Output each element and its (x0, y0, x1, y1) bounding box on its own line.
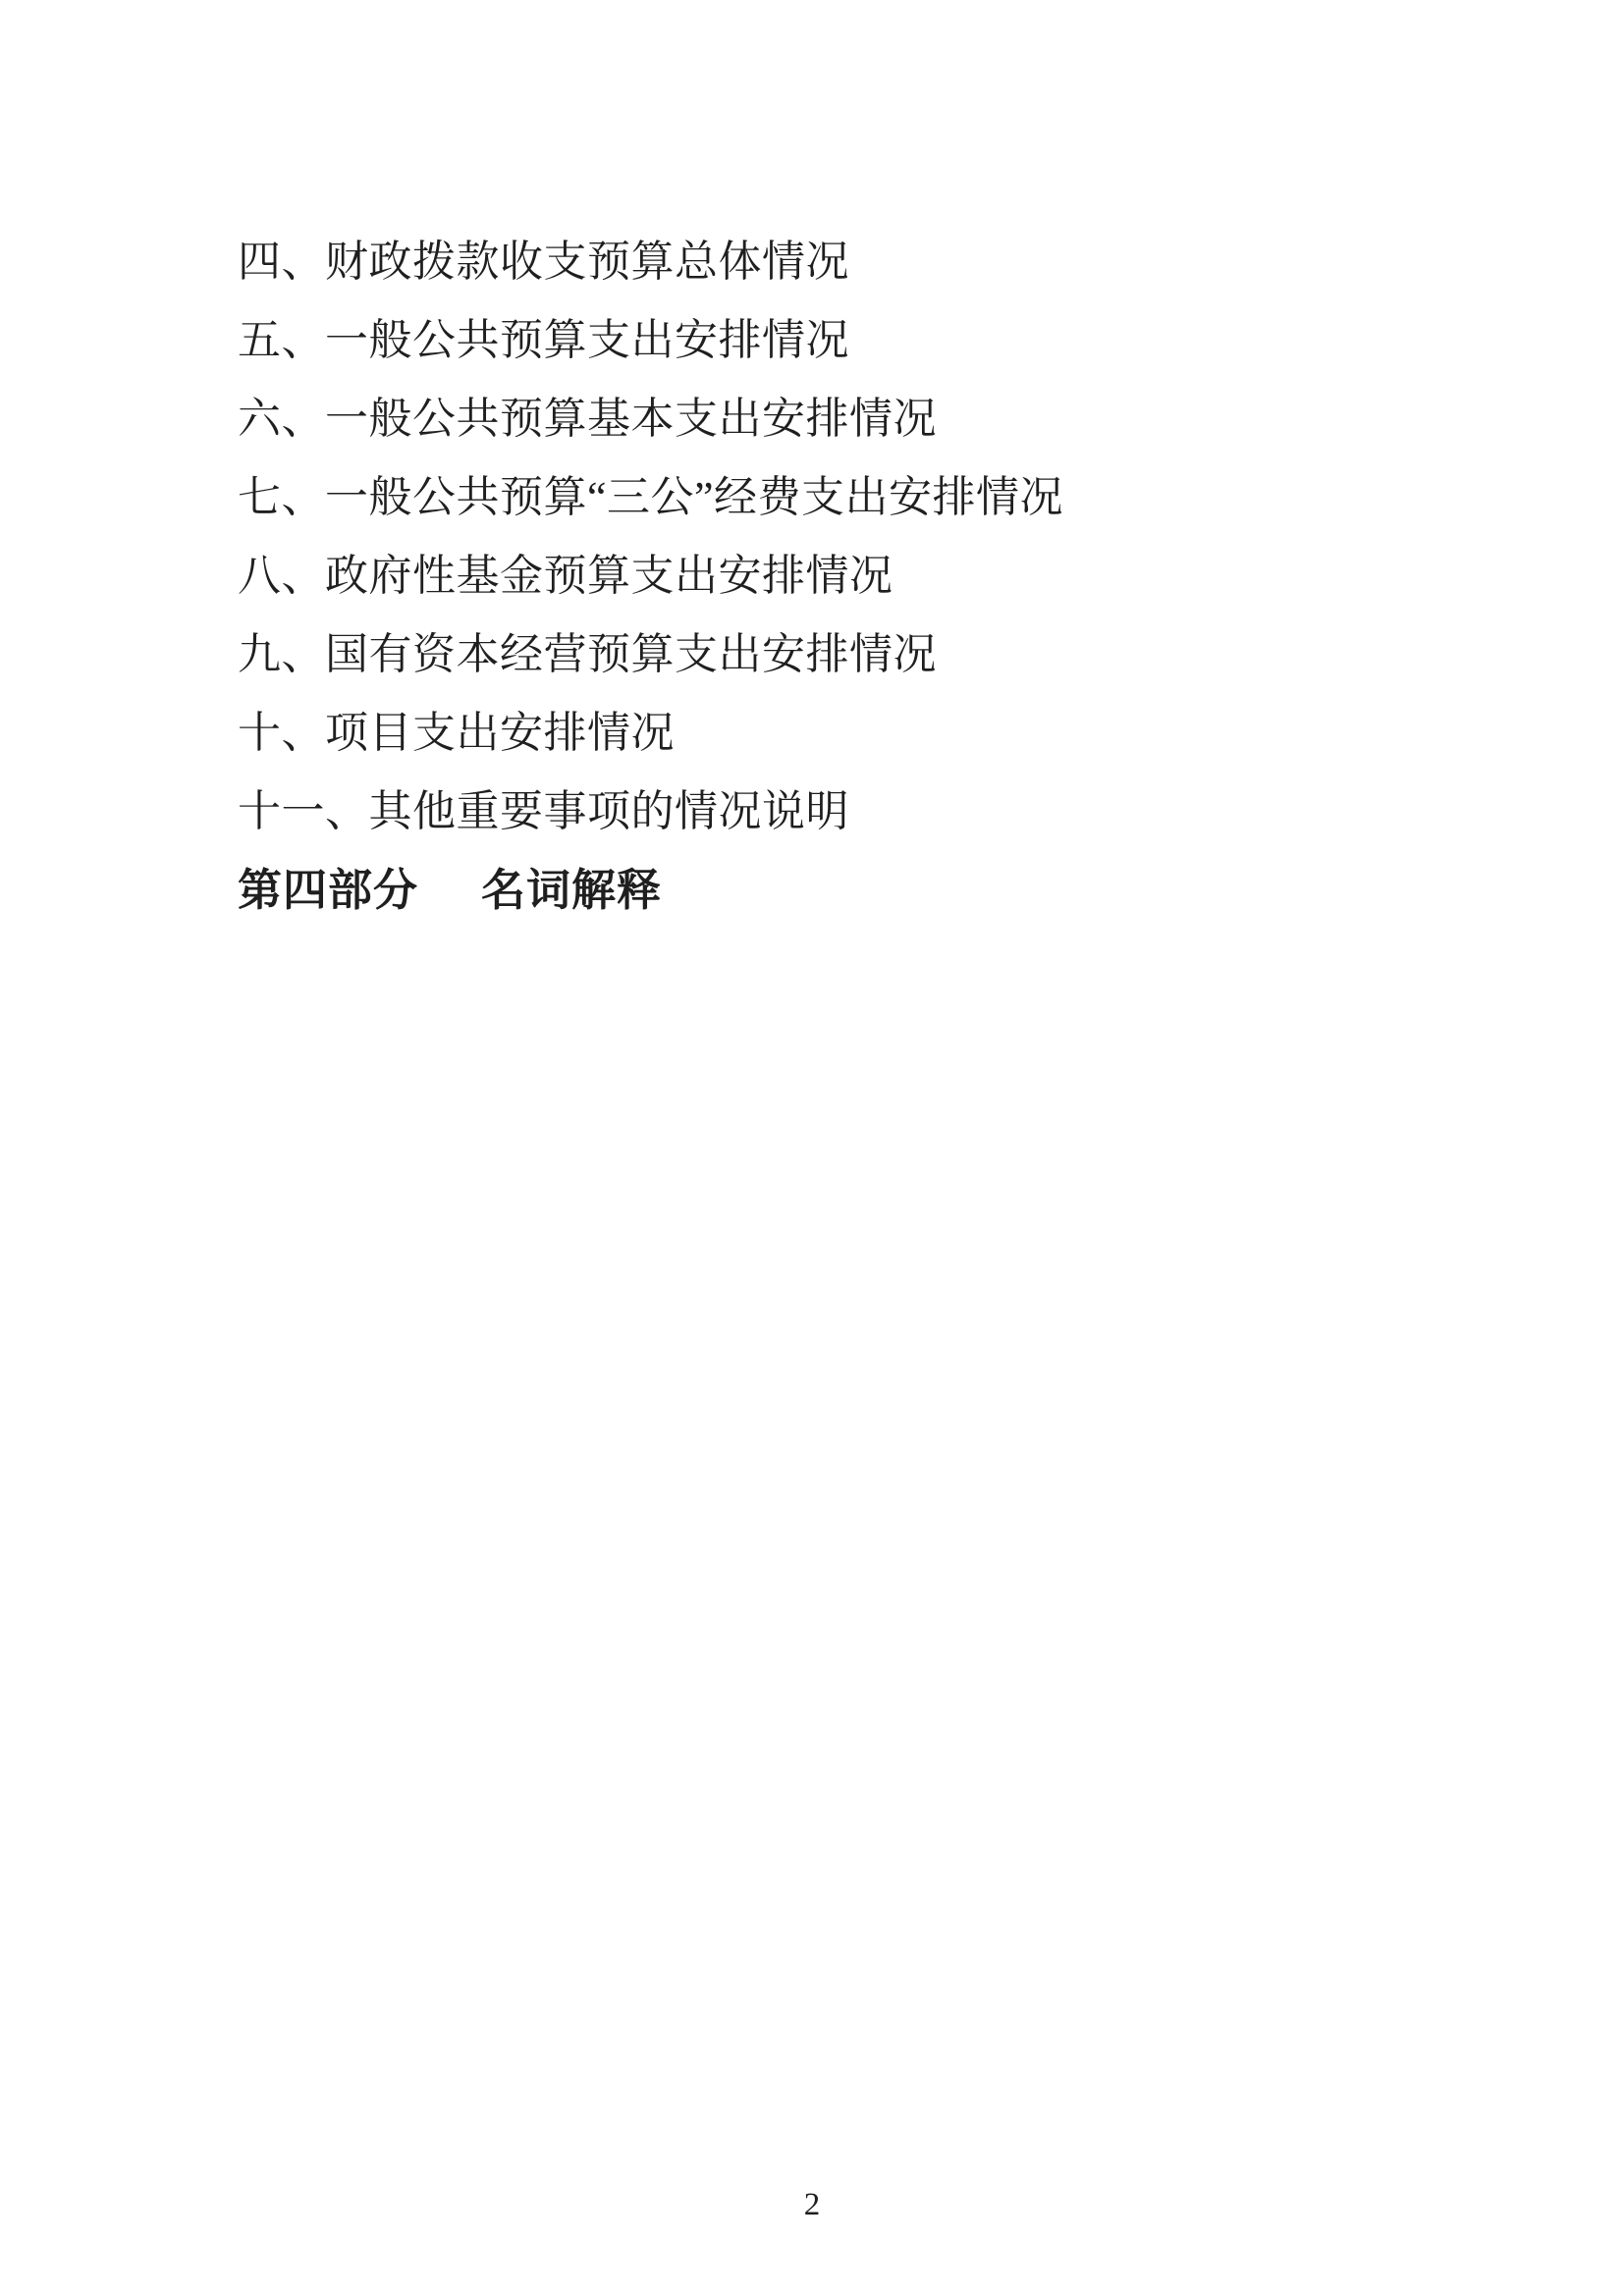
section-heading-number: 第四部分 (238, 865, 418, 915)
toc-item: 七、一般公共预算“三公”经费支出安排情况 (238, 458, 1063, 537)
page-number: 2 (0, 2185, 1624, 2224)
toc-item: 八、政府性基金预算支出安排情况 (238, 537, 1063, 615)
toc-item: 十、项目支出安排情况 (238, 694, 1063, 773)
document-page: 四、财政拨款收支预算总体情况 五、一般公共预算支出安排情况 六、一般公共预算基本… (0, 0, 1624, 2296)
toc-item: 五、一般公共预算支出安排情况 (238, 301, 1063, 380)
section-heading-title: 名词解释 (481, 865, 662, 915)
section-heading: 第四部分名词解释 (238, 851, 1063, 930)
toc-item: 六、一般公共预算基本支出安排情况 (238, 380, 1063, 458)
toc-item: 九、国有资本经营预算支出安排情况 (238, 615, 1063, 694)
table-of-contents: 四、财政拨款收支预算总体情况 五、一般公共预算支出安排情况 六、一般公共预算基本… (238, 223, 1063, 930)
toc-item: 十一、其他重要事项的情况说明 (238, 773, 1063, 851)
toc-item: 四、财政拨款收支预算总体情况 (238, 223, 1063, 301)
